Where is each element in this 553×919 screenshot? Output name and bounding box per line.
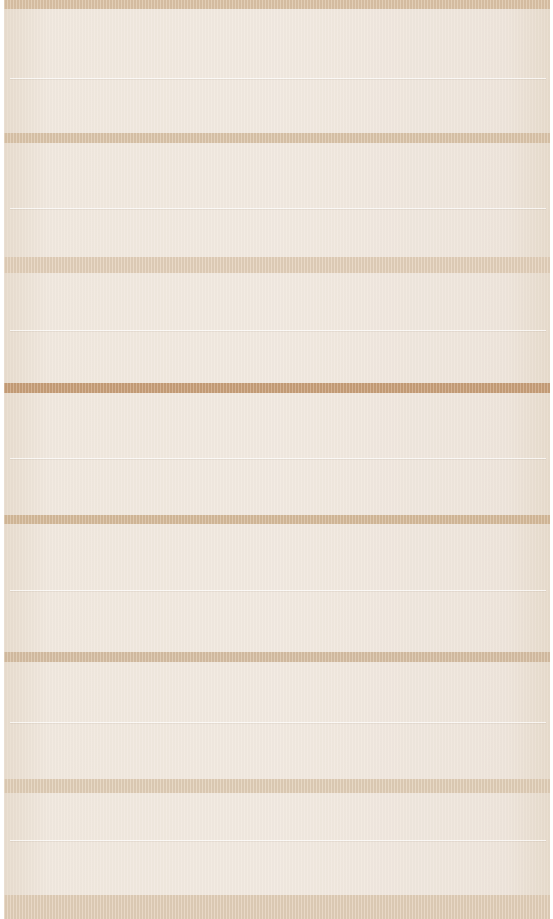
tan-stripe bbox=[4, 383, 550, 393]
tan-stripe bbox=[4, 515, 550, 524]
weave-seam bbox=[10, 330, 546, 331]
weave-seam bbox=[10, 590, 546, 591]
weave-seam bbox=[10, 722, 546, 723]
weave-seam bbox=[10, 208, 546, 209]
woven-rug bbox=[4, 0, 550, 919]
weave-seam bbox=[10, 840, 546, 841]
weave-seam bbox=[10, 78, 546, 79]
tan-stripe bbox=[4, 0, 550, 9]
tan-stripe bbox=[4, 133, 550, 143]
tan-stripe bbox=[4, 779, 550, 793]
tan-stripe bbox=[4, 257, 550, 273]
tan-stripe bbox=[4, 652, 550, 662]
tan-stripe bbox=[4, 895, 550, 919]
weave-seam bbox=[10, 458, 546, 459]
